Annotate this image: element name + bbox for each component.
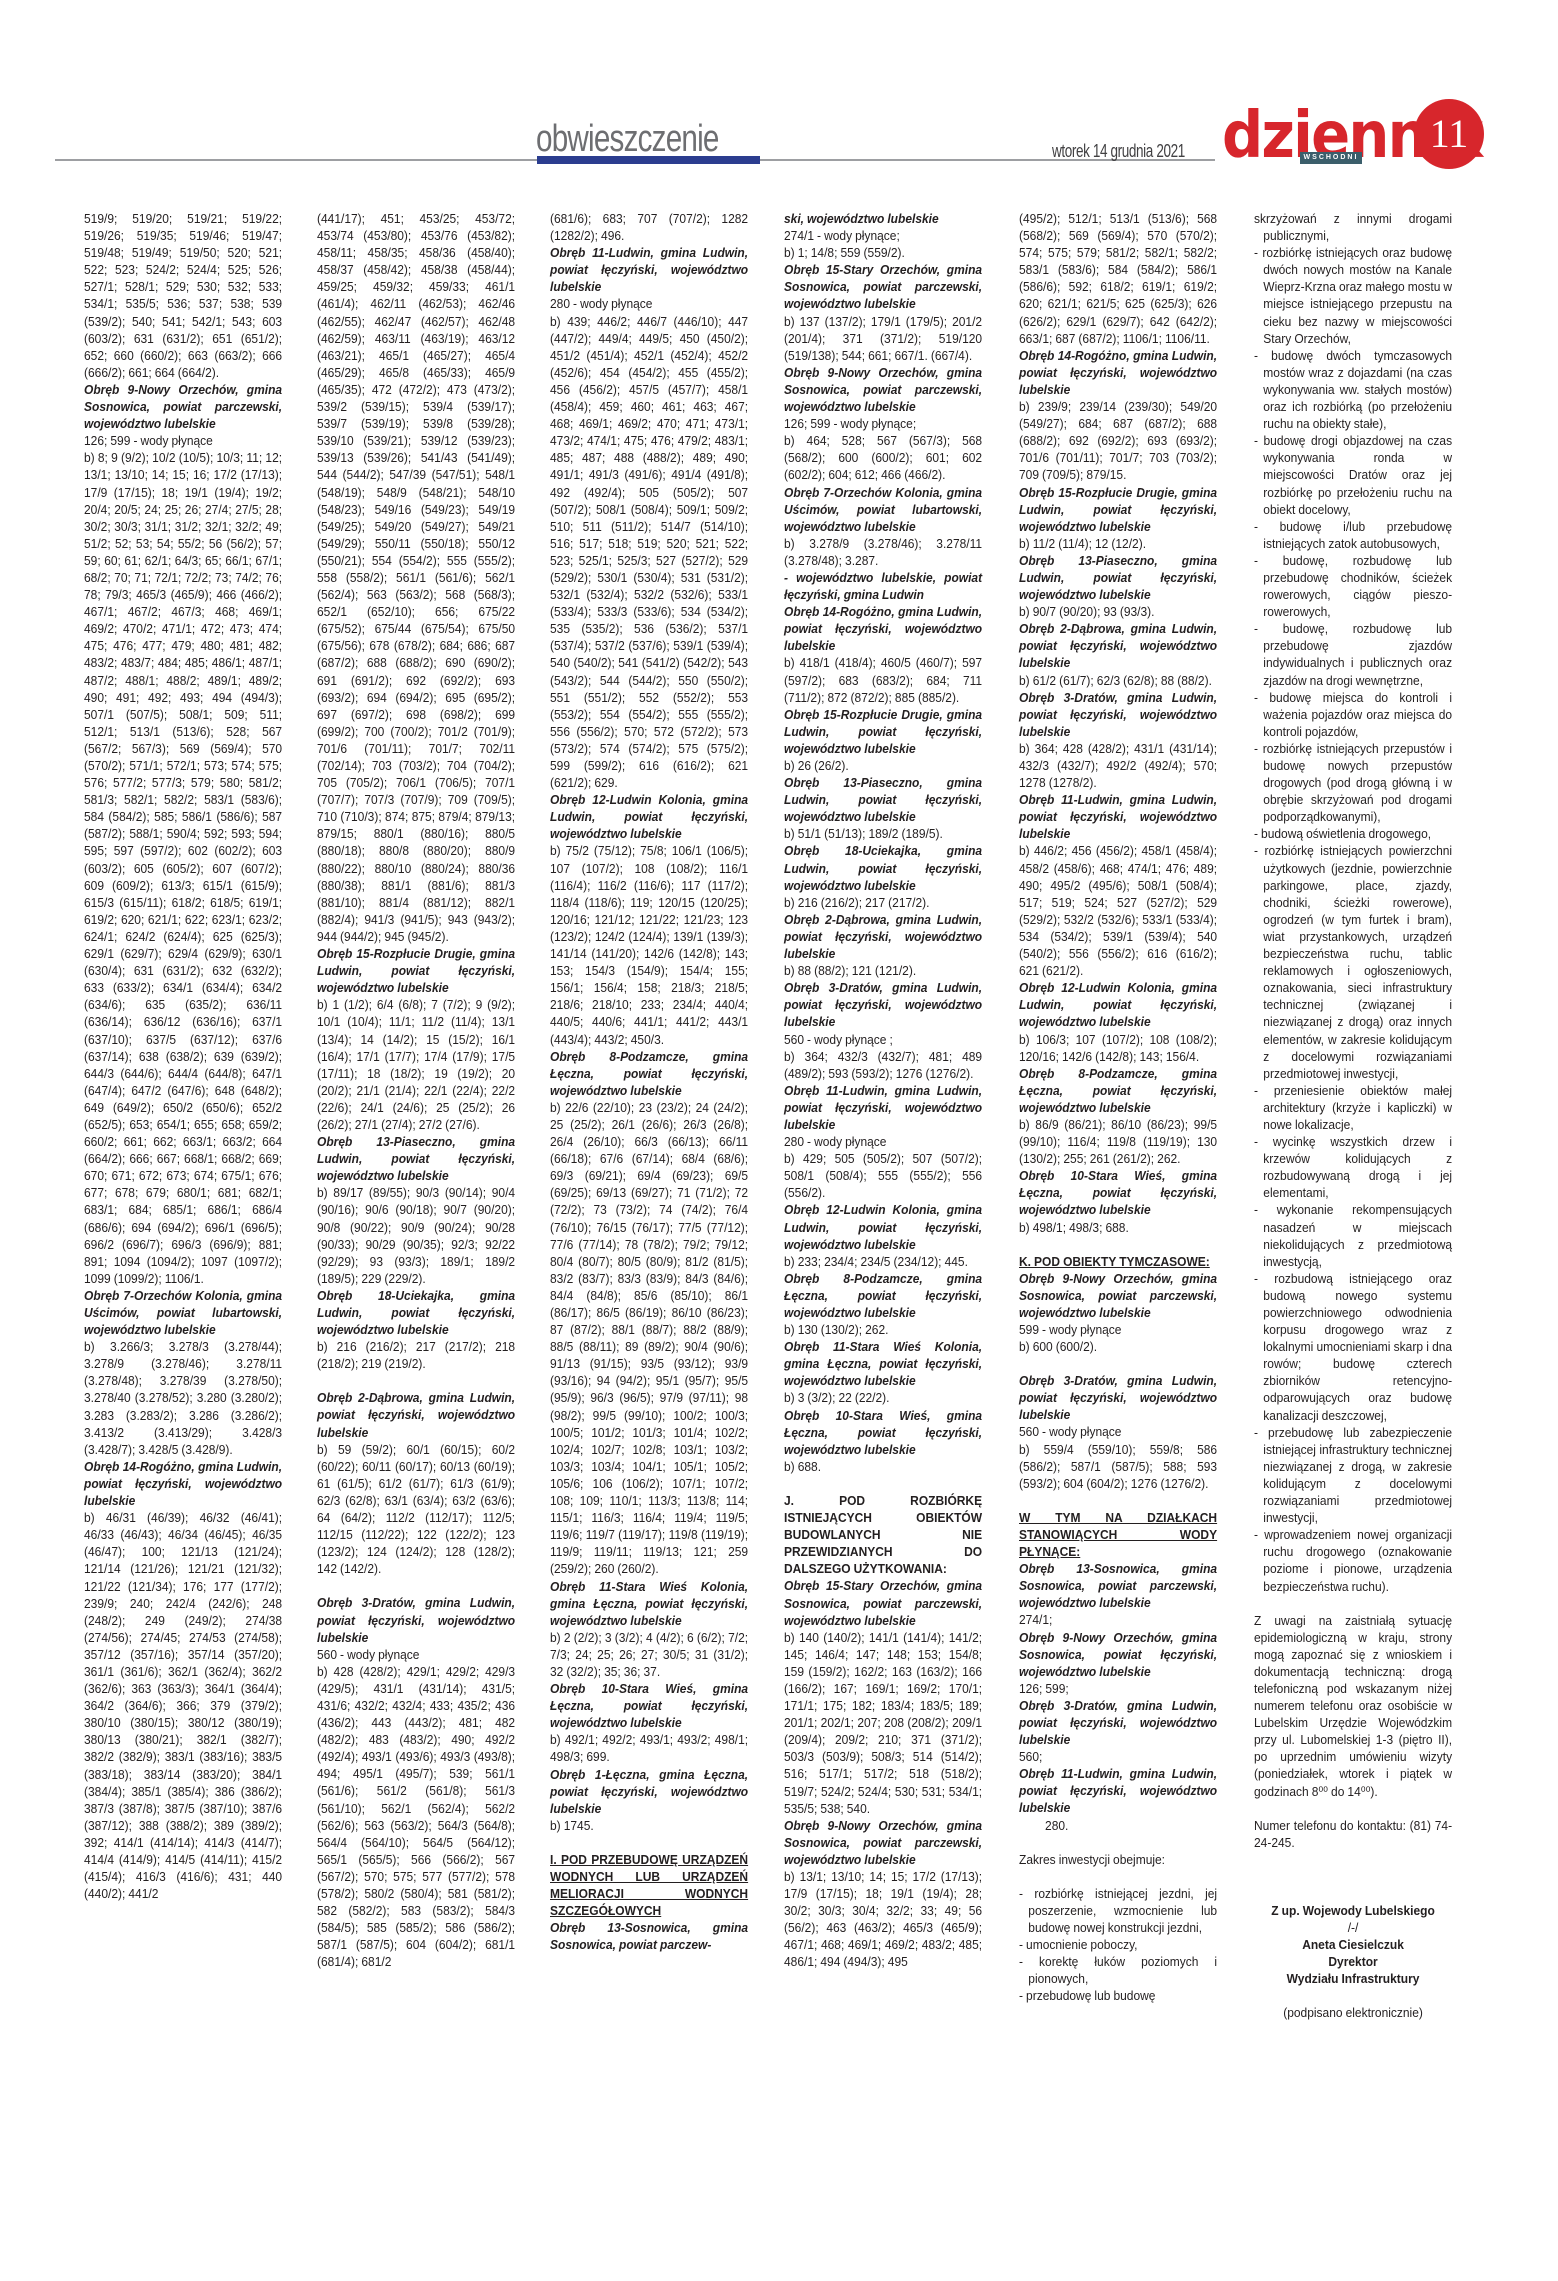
cadastral-district-heading: Obręb 9-Nowy Orzechów, gmina Sosnowica, … [1019, 1270, 1217, 1321]
scope-list-item: - rozbudową istniejącego oraz budową now… [1254, 1270, 1452, 1424]
cadastral-district-heading: Obręb 15-Rozpłucie Drugie, gmina Ludwin,… [317, 945, 515, 996]
parcel-list: b) 46/31 (46/39); 46/32 (46/41); 46/33 (… [84, 1509, 282, 1902]
cadastral-district-heading: Obręb 13-Piaseczno, gmina Ludwin, powiat… [317, 1133, 515, 1184]
parcel-list: b) 130 (130/2); 262. [784, 1321, 982, 1338]
cadastral-district-heading: Obręb 11-Ludwin, gmina Ludwin, powiat łę… [1019, 791, 1217, 842]
parcel-list: b) 137 (137/2); 179/1 (179/5); 201/2 (20… [784, 313, 982, 364]
parcel-list: b) 22/6 (22/10); 23 (23/2); 24 (24/2); 2… [550, 1099, 748, 1578]
scope-list-item: - budowę drogi objazdowej na czas wykony… [1254, 432, 1452, 517]
parcel-list: 280 - wody płynące [550, 295, 748, 312]
cadastral-district-heading: Obręb 18-Uciekajka, gmina Ludwin, powiat… [317, 1287, 515, 1338]
cadastral-district-heading: Obręb 3-Dratów, gmina Ludwin, powiat łęc… [317, 1594, 515, 1645]
cadastral-district-heading: Obręb 13-Sosnowica, gmina Sosnowica, pow… [1019, 1560, 1217, 1611]
cadastral-district-heading: Obręb 9-Nowy Orzechów, gmina Sosnowica, … [784, 364, 982, 415]
signature-line: (podpisano elektronicznie) [1254, 2004, 1452, 2021]
newspaper-logo-subtext: WSCHODNI [1300, 152, 1362, 164]
cadastral-district-heading: Obręb 14-Rogóżno, gmina Ludwin, powiat ł… [784, 603, 982, 654]
cadastral-district-heading: Obręb 15-Rozpłucie Drugie, gmina Ludwin,… [1019, 484, 1217, 535]
cadastral-district-heading: Obręb 10-Stara Wieś, gmina Łęczna, powia… [1019, 1167, 1217, 1218]
cadastral-district-heading: Obręb 2-Dąbrowa, gmina Ludwin, powiat łę… [1019, 620, 1217, 671]
cadastral-district-heading: Obręb 14-Rogóżno, gmina Ludwin, powiat ł… [84, 1458, 282, 1509]
signature-line: /-/ [1254, 1919, 1452, 1936]
parcel-list: b) 90/7 (90/20); 93 (93/3). [1019, 603, 1217, 620]
parcel-list: 560 - wody płynące ; [784, 1031, 982, 1048]
column-2: (441/17); 451; 453/25; 453/72; 453/74 (4… [317, 210, 515, 1970]
parcel-list: b) 464; 528; 567 (567/3); 568 (568/2); 6… [784, 432, 982, 483]
parcel-list: b) 75/2 (75/12); 75/8; 106/1 (106/5); 10… [550, 842, 748, 1047]
parcel-list: 280 - wody płynące [784, 1133, 982, 1150]
spacer [1254, 1800, 1452, 1817]
scope-list-item: - korektę łuków poziomych i pionowych, [1019, 1953, 1217, 1987]
parcel-list: (441/17); 451; 453/25; 453/72; 453/74 (4… [317, 210, 515, 945]
cadastral-district-heading: Obręb 8-Podzamcze, gmina Łęczna, powiat … [784, 1270, 982, 1321]
parcel-list: b) 1745. [550, 1817, 748, 1834]
spacer [550, 1834, 748, 1851]
section-heading: J. POD ROZBIÓRKĘ ISTNIEJĄCYCH OBIEKTÓW B… [784, 1492, 982, 1577]
spacer [1019, 1236, 1217, 1253]
cadastral-district-heading: Obręb 12-Ludwin Kolonia, gmina Ludwin, p… [550, 791, 748, 842]
parcel-list: b) 86/9 (86/21); 86/10 (86/23); 99/5 (99… [1019, 1116, 1217, 1167]
cadastral-district-heading: Obręb 13-Piaseczno, gmina Ludwin, powiat… [1019, 552, 1217, 603]
spacer [1254, 1868, 1452, 1885]
cadastral-district-heading: Obręb 13-Sosnowica, gmina Sosnowica, pow… [550, 1919, 748, 1953]
cadastral-district-heading: Obręb 8-Podzamcze, gmina Łęczna, powiat … [1019, 1065, 1217, 1116]
spacer [1254, 1885, 1452, 1902]
scope-list-item: - budową oświetlenia drogowego, [1254, 825, 1452, 842]
parcel-list: b) 2 (2/2); 3 (3/2); 4 (4/2); 6 (6/2); 7… [550, 1629, 748, 1680]
parcel-list: b) 439; 446/2; 446/7 (446/10); 447 (447/… [550, 313, 748, 792]
cadastral-district-heading: Obręb 12-Ludwin Kolonia, gmina Ludwin, p… [1019, 979, 1217, 1030]
parcel-list: b) 11/2 (11/4); 12 (12/2). [1019, 535, 1217, 552]
parcel-list: b) 559/4 (559/10); 559/8; 586 (586/2); 5… [1019, 1441, 1217, 1492]
signature-line: Z up. Wojewody Lubelskiego [1254, 1902, 1452, 1919]
scope-list-item: skrzyżowań z innymi drogami publicznymi, [1254, 210, 1452, 244]
cadastral-district-heading: Obręb 12-Ludwin Kolonia, gmina Ludwin, p… [784, 1201, 982, 1252]
parcel-list: Numer telefonu do kontaktu: (81) 74-24-2… [1254, 1817, 1452, 1851]
cadastral-district-heading: Obręb 9-Nowy Orzechów, gmina Sosnowica, … [84, 381, 282, 432]
spacer [1254, 1987, 1452, 2004]
page-number-badge: 11 [1414, 99, 1484, 169]
column-6: skrzyżowań z innymi drogami publicznymi,… [1254, 210, 1452, 2021]
cadastral-district-heading: Obręb 10-Stara Wieś, gmina Łęczna, powia… [550, 1680, 748, 1731]
parcel-list: b) 3.278/9 (3.278/46); 3.278/11 (3.278/4… [784, 535, 982, 569]
scope-list-item: - budowę i/lub przebudowę istniejących z… [1254, 518, 1452, 552]
parcel-list: b) 89/17 (89/55); 90/3 (90/14); 90/4 (90… [317, 1184, 515, 1287]
parcel-list: 560; [1019, 1748, 1217, 1765]
parcel-list: 599 - wody płynące [1019, 1321, 1217, 1338]
scope-list-item: - przebudowę lub zabezpieczenie istnieją… [1254, 1424, 1452, 1527]
parcel-list: 126; 599; [1019, 1680, 1217, 1697]
parcel-list: 274/1; [1019, 1611, 1217, 1628]
parcel-list: Z uwagi na zaistniałą sytuację epidemiol… [1254, 1612, 1452, 1800]
parcel-list: b) 3 (3/2); 22 (22/2). [784, 1389, 982, 1406]
parcel-list: (495/2); 512/1; 513/1 (513/6); 568 (568/… [1019, 210, 1217, 347]
scope-list-item: - rozbiórkę istniejących oraz budowę dwó… [1254, 244, 1452, 347]
parcel-list: b) 239/9; 239/14 (239/30); 549/20 (549/2… [1019, 398, 1217, 483]
spacer [1019, 1355, 1217, 1372]
cadastral-district-heading: Obręb 3-Dratów, gmina Ludwin, powiat łęc… [1019, 1372, 1217, 1423]
cadastral-district-heading: Obręb 13-Piaseczno, gmina Ludwin, powiat… [784, 774, 982, 825]
parcel-list: 274/1 - wody płynące; [784, 227, 982, 244]
cadastral-district-heading: Obręb 14-Rogóżno, gmina Ludwin, powiat ł… [1019, 347, 1217, 398]
parcel-list: b) 498/1; 498/3; 688. [1019, 1219, 1217, 1236]
signature-line: Aneta Ciesielczuk [1254, 1936, 1452, 1953]
parcel-list: b) 88 (88/2); 121 (121/2). [784, 962, 982, 979]
parcel-list: b) 26 (26/2). [784, 757, 982, 774]
cadastral-district-heading: Obręb 11-Stara Wieś Kolonia, gmina Łęczn… [550, 1578, 748, 1629]
parcel-list: 560 - wody płynące [1019, 1423, 1217, 1440]
parcel-list: b) 429; 505 (505/2); 507 (507/2); 508/1 … [784, 1150, 982, 1201]
cadastral-district-heading: Obręb 15-Rozpłucie Drugie, gmina Ludwin,… [784, 706, 982, 757]
scope-list-item: - wprowadzeniem nowej organizacji ruchu … [1254, 1526, 1452, 1594]
scope-list-item: - budowę, rozbudowę lub przebudowę chodn… [1254, 552, 1452, 620]
parcel-list: b) 233; 234/4; 234/5 (234/12); 445. [784, 1253, 982, 1270]
cadastral-district-heading: - województwo lubelskie, powiat łęczyńsk… [784, 569, 982, 603]
spacer [1019, 1492, 1217, 1509]
section-heading: I. POD PRZEBUDOWĘ URZĄDZEŃ WODNYCH LUB U… [550, 1851, 748, 1919]
cadastral-district-heading: Obręb 9-Nowy Orzechów, gmina Sosnowica, … [1019, 1629, 1217, 1680]
parcel-list: 126; 599 - wody płynące [84, 432, 282, 449]
parcel-list: b) 51/1 (51/13); 189/2 (189/5). [784, 825, 982, 842]
section-heading: K. POD OBIEKTY TYMCZASOWE: [1019, 1253, 1217, 1270]
parcel-list: Zakres inwestycji obejmuje: [1019, 1851, 1217, 1868]
scope-list-item: - budowę miejsca do kontroli i ważenia p… [1254, 689, 1452, 740]
scope-list-item: - budowę dwóch tymczasowych mostów wraz … [1254, 347, 1452, 432]
parcel-list: b) 140 (140/2); 141/1 (141/4); 141/2; 14… [784, 1629, 982, 1817]
cadastral-district-heading: Obręb 15-Stary Orzechów, gmina Sosnowica… [784, 261, 982, 312]
cadastral-district-heading: Obręb 11-Ludwin, gmina Ludwin, powiat łę… [550, 244, 748, 295]
cadastral-district-heading: Obręb 8-Podzamcze, gmina Łęczna, powiat … [550, 1048, 748, 1099]
cadastral-district-heading: ski, województwo lubelskie [784, 210, 982, 227]
parcel-list: b) 59 (59/2); 60/1 (60/15); 60/2 (60/22)… [317, 1441, 515, 1578]
parcel-list: b) 600 (600/2). [1019, 1338, 1217, 1355]
cadastral-district-heading: Obręb 3-Dratów, gmina Ludwin, powiat łęc… [784, 979, 982, 1030]
spacer [1019, 1868, 1217, 1885]
scope-list-item: - wykonanie rekompensujących nasadzeń w … [1254, 1201, 1452, 1269]
issue-date: wtorek 14 grudnia 2021 [1052, 141, 1185, 162]
parcel-list: 560 - wody płynące [317, 1646, 515, 1663]
spacer [1019, 1834, 1217, 1851]
scope-list-item: - przeniesienie obiektów małej architekt… [1254, 1082, 1452, 1133]
parcel-list: b) 446/2; 456 (456/2); 458/1 (458/4); 45… [1019, 842, 1217, 979]
parcel-list: b) 216 (216/2); 217 (217/2). [784, 894, 982, 911]
parcel-list: b) 8; 9 (9/2); 10/2 (10/5); 10/3; 11; 12… [84, 449, 282, 1287]
column-1: 519/9; 519/20; 519/21; 519/22; 519/26; 5… [84, 210, 282, 1902]
parcel-list: b) 688. [784, 1458, 982, 1475]
signature-line: Dyrektor [1254, 1953, 1452, 1970]
spacer [784, 1475, 982, 1492]
parcel-list: b) 364; 432/3 (432/7); 481; 489 (489/2);… [784, 1048, 982, 1082]
cadastral-district-heading: Obręb 3-Dratów, gmina Ludwin, powiat łęc… [1019, 689, 1217, 740]
parcel-list: (681/6); 683; 707 (707/2); 1282 (1282/2)… [550, 210, 748, 244]
spacer [1254, 1595, 1452, 1612]
parcel-list: b) 428 (428/2); 429/1; 429/2; 429/3 (429… [317, 1663, 515, 1971]
cadastral-district-heading: Obręb 7-Orzechów Kolonia, gmina Uścimów,… [784, 484, 982, 535]
parcel-list: b) 1; 14/8; 559 (559/2). [784, 244, 982, 261]
parcel-list: b) 364; 428 (428/2); 431/1 (431/14); 432… [1019, 740, 1217, 791]
cadastral-district-heading: Obręb 11-Stara Wieś Kolonia, gmina Łęczn… [784, 1338, 982, 1389]
parcel-list: b) 216 (216/2); 217 (217/2); 218 (218/2)… [317, 1338, 515, 1372]
scope-list-item: - wycinkę wszystkich drzew i krzewów kol… [1254, 1133, 1452, 1201]
cadastral-district-heading: Obręb 9-Nowy Orzechów, gmina Sosnowica, … [784, 1817, 982, 1868]
cadastral-district-heading: Obręb 1-Łęczna, gmina Łęczna, powiat łęc… [550, 1766, 748, 1817]
article-body: 519/9; 519/20; 519/21; 519/22; 519/26; 5… [84, 210, 1494, 2250]
scope-list-item: - rozbiórkę istniejących powierzchni uży… [1254, 842, 1452, 1081]
cadastral-district-heading: Obręb 7-Orzechów Kolonia, gmina Uścimów,… [84, 1287, 282, 1338]
parcel-list: b) 418/1 (418/4); 460/5 (460/7); 597 (59… [784, 654, 982, 705]
scope-list-item: - rozbiórkę istniejących przepustów i bu… [1254, 740, 1452, 825]
parcel-list: b) 492/1; 492/2; 493/1; 493/2; 498/1; 49… [550, 1731, 748, 1765]
signature-line: Wydziału Infrastruktury [1254, 1970, 1452, 1987]
spacer [317, 1577, 515, 1594]
cadastral-district-heading: Obręb 10-Stara Wieś, gmina Łęczna, powia… [784, 1407, 982, 1458]
parcel-list: b) 1 (1/2); 6/4 (6/8); 7 (7/2); 9 (9/2);… [317, 996, 515, 1133]
parcel-list: b) 61/2 (61/7); 62/3 (62/8); 88 (88/2). [1019, 672, 1217, 689]
masthead: obwieszczenie wtorek 14 grudnia 2021 dzi… [0, 0, 1558, 190]
cadastral-district-heading: Obręb 3-Dratów, gmina Ludwin, powiat łęc… [1019, 1697, 1217, 1748]
scope-list-item: - umocnienie poboczy, [1019, 1936, 1217, 1953]
parcel-list: b) 13/1; 13/10; 14; 15; 17/2 (17/13); 17… [784, 1868, 982, 1971]
column-5: (495/2); 512/1; 513/1 (513/6); 568 (568/… [1019, 210, 1217, 2004]
parcel-list: b) 106/3; 107 (107/2); 108 (108/2); 120/… [1019, 1031, 1217, 1065]
cadastral-district-heading: Obręb 2-Dąbrowa, gmina Ludwin, powiat łę… [784, 911, 982, 962]
parcel-list: 519/9; 519/20; 519/21; 519/22; 519/26; 5… [84, 210, 282, 381]
scope-list-item: - rozbiórkę istniejącej jezdni, jej posz… [1019, 1885, 1217, 1936]
column-3: (681/6); 683; 707 (707/2); 1282 (1282/2)… [550, 210, 748, 1953]
section-accent-bar [537, 156, 760, 164]
cadastral-district-heading: Obręb 2-Dąbrowa, gmina Ludwin, powiat łę… [317, 1389, 515, 1440]
parcel-list: b) 3.266/3; 3.278/3 (3.278/44); 3.278/9 … [84, 1338, 282, 1458]
section-title: obwieszczenie [536, 118, 719, 161]
section-heading: W tym na działkach stanowiących wody pły… [1019, 1509, 1217, 1560]
scope-list-item: - budowę, rozbudowę lub przebudowę zjazd… [1254, 620, 1452, 688]
cadastral-district-heading: Obręb 15-Stary Orzechów, gmina Sosnowica… [784, 1577, 982, 1628]
cadastral-district-heading: Obręb 11-Ludwin, gmina Ludwin, powiat łę… [1019, 1765, 1217, 1816]
spacer [317, 1372, 515, 1389]
parcel-list: 126; 599 - wody płynące; [784, 415, 982, 432]
cadastral-district-heading: Obręb 11-Ludwin, gmina Ludwin, powiat łę… [784, 1082, 982, 1133]
column-4: ski, województwo lubelskie274/1 - wody p… [784, 210, 982, 1971]
scope-list-item: - przebudowę lub budowę [1019, 1987, 1217, 2004]
cadastral-district-heading: Obręb 18-Uciekajka, gmina Ludwin, powiat… [784, 842, 982, 893]
parcel-list: 280. [1019, 1817, 1217, 1834]
spacer [1254, 1851, 1452, 1868]
